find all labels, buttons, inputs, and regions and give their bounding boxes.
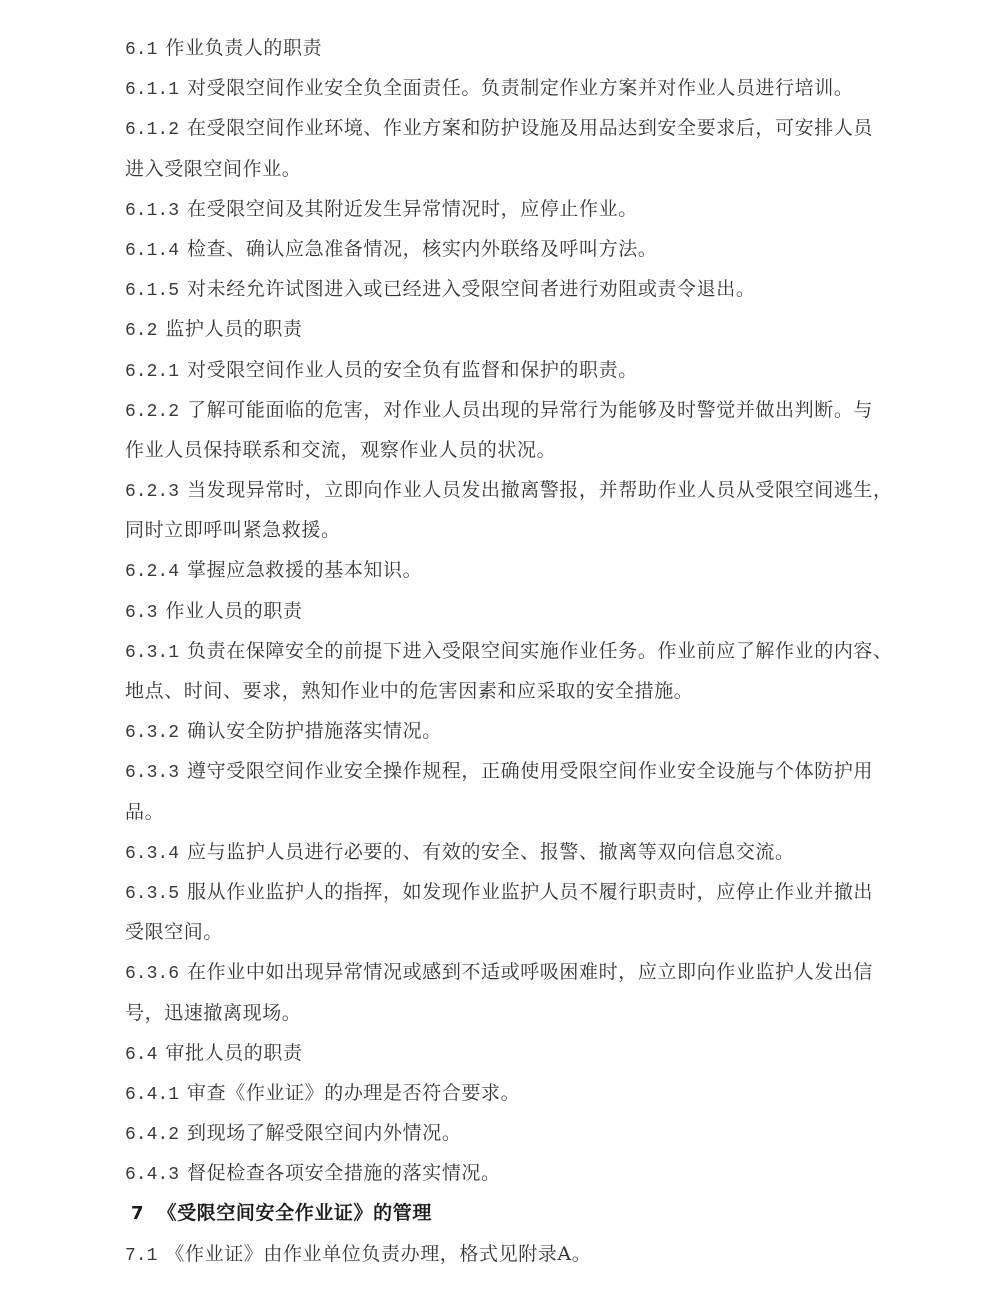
clause-6-1-5: 6.1.5对未经允许试图进入或已经进入受限空间者进行劝阻或责令退出。 [125, 269, 965, 309]
clause-6-3-6: 6.3.6在作业中如出现异常情况或感到不适或呼吸困难时，应立即向作业监护人发出信 [125, 952, 965, 992]
clause-text: 对受限空间作业人员的安全负有监督和保护的职责。 [187, 359, 638, 381]
section-heading-6-4: 6.4审批人员的职责 [125, 1033, 965, 1073]
clause-number: 7 [131, 1194, 144, 1234]
clause-number: 6.3.3 [125, 753, 179, 793]
clause-6-4-2: 6.4.2到现场了解受限空间内外情况。 [125, 1113, 965, 1153]
clause-6-3-5: 6.3.5服从作业监护人的指挥，如发现作业监护人员不履行职责时，应停止作业并撤出 [125, 872, 965, 912]
clause-6-2-2-continued: 作业人员保持联系和交流，观察作业人员的状况。 [125, 430, 965, 470]
clause-6-3-1: 6.3.1负责在保障安全的前提下进入受限空间实施作业任务。作业前应了解作业的内容… [125, 631, 965, 671]
clause-number: 6.1.4 [125, 231, 179, 271]
clause-number: 6.1.5 [125, 271, 179, 311]
clause-number: 6.2.1 [125, 352, 179, 392]
clause-number: 6.3 [125, 593, 157, 633]
clause-text: 同时立即呼叫紧急救援。 [125, 519, 341, 541]
clause-text: 审批人员的职责 [165, 1042, 302, 1064]
clause-number: 6.4.1 [125, 1075, 179, 1115]
clause-6-3-2: 6.3.2确认安全防护措施落实情况。 [125, 711, 965, 751]
clause-6-1-1: 6.1.1对受限空间作业安全负全面责任。负责制定作业方案并对作业人员进行培训。 [125, 68, 965, 108]
clause-number: 6.1 [125, 30, 157, 70]
clause-text: 督促检查各项安全措施的落实情况。 [187, 1162, 501, 1184]
clause-6-3-3-continued: 品。 [125, 792, 965, 832]
chapter-heading-7: 7《受限空间安全作业证》的管理 [125, 1193, 965, 1233]
clause-number: 6.2.2 [125, 392, 179, 432]
clause-text: 作业人员保持联系和交流，观察作业人员的状况。 [125, 439, 556, 461]
clause-number: 6.2.3 [125, 472, 179, 512]
clause-6-2-1: 6.2.1对受限空间作业人员的安全负有监督和保护的职责。 [125, 350, 965, 390]
clause-6-4-1: 6.4.1审查《作业证》的办理是否符合要求。 [125, 1073, 965, 1113]
clause-text: 检查、确认应急准备情况，核实内外联络及呼叫方法。 [187, 238, 657, 260]
clause-text: 作业人员的职责 [165, 600, 302, 622]
clause-text: 监护人员的职责 [165, 318, 302, 340]
clause-text: 进入受限空间作业。 [125, 158, 301, 180]
clause-7-1: 7.1《作业证》由作业单位负责办理，格式见附录A。 [125, 1234, 965, 1274]
clause-text: 在作业中如出现异常情况或感到不适或呼吸困难时，应立即向作业监护人发出信 [187, 961, 873, 983]
clause-text: 在受限空间及其附近发生异常情况时，应停止作业。 [187, 198, 638, 220]
clause-6-1-4: 6.1.4检查、确认应急准备情况，核实内外联络及呼叫方法。 [125, 229, 965, 269]
clause-6-2-2: 6.2.2了解可能面临的危害，对作业人员出现的异常行为能够及时警觉并做出判断。与 [125, 390, 965, 430]
section-heading-6-3: 6.3作业人员的职责 [125, 591, 965, 631]
clause-6-1-3: 6.1.3在受限空间及其附近发生异常情况时，应停止作业。 [125, 189, 965, 229]
clause-6-1-2-continued: 进入受限空间作业。 [125, 149, 965, 189]
clause-number: 7.1 [125, 1236, 157, 1276]
clause-6-4-3: 6.4.3督促检查各项安全措施的落实情况。 [125, 1153, 965, 1193]
section-heading-6-2: 6.2监护人员的职责 [125, 309, 965, 349]
clause-number: 6.1.1 [125, 70, 179, 110]
clause-6-3-4: 6.3.4应与监护人员进行必要的、有效的安全、报警、撤离等双向信息交流。 [125, 832, 965, 872]
clause-number: 6.2 [125, 311, 157, 351]
clause-number: 6.3.4 [125, 834, 179, 874]
clause-number: 6.3.1 [125, 633, 179, 673]
clause-number: 6.2.4 [125, 552, 179, 592]
clause-text: 《作业证》由作业单位负责办理，格式见附录A。 [165, 1243, 591, 1265]
clause-6-2-3: 6.2.3当发现异常时，立即向作业人员发出撤离警报，并帮助作业人员从受限空间逃生… [125, 470, 965, 510]
clause-text: 确认安全防护措施落实情况。 [187, 720, 442, 742]
clause-6-3-5-continued: 受限空间。 [125, 912, 965, 952]
clause-text: 地点、时间、要求，熟知作业中的危害因素和应采取的安全措施。 [125, 680, 693, 702]
clause-number: 6.1.3 [125, 191, 179, 231]
clause-text: 作业负责人的职责 [165, 37, 322, 59]
clause-6-2-4: 6.2.4掌握应急救援的基本知识。 [125, 550, 965, 590]
clause-number: 6.1.2 [125, 110, 179, 150]
clause-6-1-2: 6.1.2在受限空间作业环境、作业方案和防护设施及用品达到安全要求后，可安排人员 [125, 108, 965, 148]
clause-number: 6.3.2 [125, 713, 179, 753]
clause-text: 在受限空间作业环境、作业方案和防护设施及用品达到安全要求后，可安排人员 [187, 117, 873, 139]
clause-text: 到现场了解受限空间内外情况。 [187, 1122, 461, 1144]
clause-text: 遵守受限空间作业安全操作规程，正确使用受限空间作业安全设施与个体防护用 [187, 760, 873, 782]
clause-text: 服从作业监护人的指挥，如发现作业监护人员不履行职责时，应停止作业并撤出 [187, 881, 873, 903]
clause-6-2-3-continued: 同时立即呼叫紧急救援。 [125, 510, 965, 550]
clause-text: 了解可能面临的危害，对作业人员出现的异常行为能够及时警觉并做出判断。与 [187, 399, 873, 421]
clause-text: 审查《作业证》的办理是否符合要求。 [187, 1082, 520, 1104]
clause-6-3-3: 6.3.3遵守受限空间作业安全操作规程，正确使用受限空间作业安全设施与个体防护用 [125, 751, 965, 791]
clause-text: 对受限空间作业安全负全面责任。负责制定作业方案并对作业人员进行培训。 [187, 77, 853, 99]
clause-number: 6.4.2 [125, 1115, 179, 1155]
clause-text: 品。 [125, 801, 164, 823]
clause-text: 号，迅速撤离现场。 [125, 1002, 301, 1024]
clause-text: 应与监护人员进行必要的、有效的安全、报警、撤离等双向信息交流。 [187, 841, 795, 863]
document-page: 6.1作业负责人的职责 6.1.1对受限空间作业安全负全面责任。负责制定作业方案… [125, 28, 965, 1274]
clause-text: 负责在保障安全的前提下进入受限空间实施作业任务。作业前应了解作业的内容、 [187, 640, 893, 662]
section-heading-6-1: 6.1作业负责人的职责 [125, 28, 965, 68]
clause-number: 6.4.3 [125, 1155, 179, 1195]
clause-6-3-6-continued: 号，迅速撤离现场。 [125, 993, 965, 1033]
clause-text: 当发现异常时，立即向作业人员发出撤离警报，并帮助作业人员从受限空间逃生， [187, 479, 893, 501]
clause-text: 对未经允许试图进入或已经进入受限空间者进行劝阻或责令退出。 [187, 278, 755, 300]
clause-number: 6.3.6 [125, 954, 179, 994]
clause-number: 6.4 [125, 1035, 157, 1075]
clause-text: 《受限空间安全作业证》的管理 [158, 1202, 432, 1224]
clause-text: 受限空间。 [125, 921, 223, 943]
clause-number: 6.3.5 [125, 874, 179, 914]
clause-6-3-1-continued: 地点、时间、要求，熟知作业中的危害因素和应采取的安全措施。 [125, 671, 965, 711]
clause-text: 掌握应急救援的基本知识。 [187, 559, 422, 581]
